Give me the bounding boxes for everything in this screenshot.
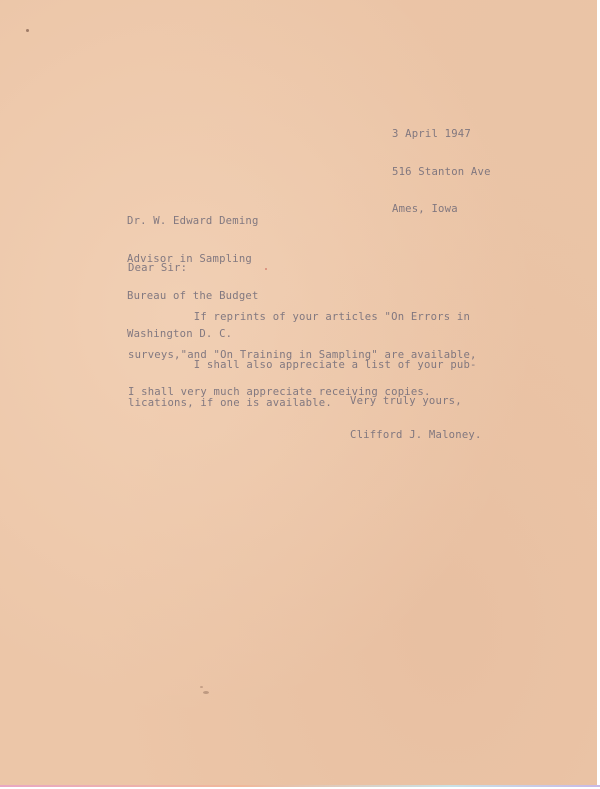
paper-blemish [26,29,29,32]
paper-blemish [200,686,203,688]
body-line: I shall also appreciate a list of your p… [128,359,477,372]
closing: Very truly yours, [350,395,462,408]
return-address: 3 April 1947 516 Stanton Ave Ames, Iowa [392,103,491,241]
sender-street: 516 Stanton Ave [392,166,491,179]
sender-city: Ames, Iowa [392,203,491,216]
body-paragraph-2: I shall also appreciate a list of your p… [128,334,477,434]
letter-date: 3 April 1947 [392,128,491,141]
paper-blemish [265,268,267,270]
recipient-line: Dr. W. Edward Deming [127,215,259,228]
body-line: If reprints of your articles "On Errors … [128,311,477,324]
signature: Clifford J. Maloney. [350,429,482,442]
salutation: Dear Sir: [128,262,187,275]
paper-blemish [203,691,209,694]
scan-edge [0,785,600,787]
letter-page: 3 April 1947 516 Stanton Ave Ames, Iowa … [0,0,597,785]
